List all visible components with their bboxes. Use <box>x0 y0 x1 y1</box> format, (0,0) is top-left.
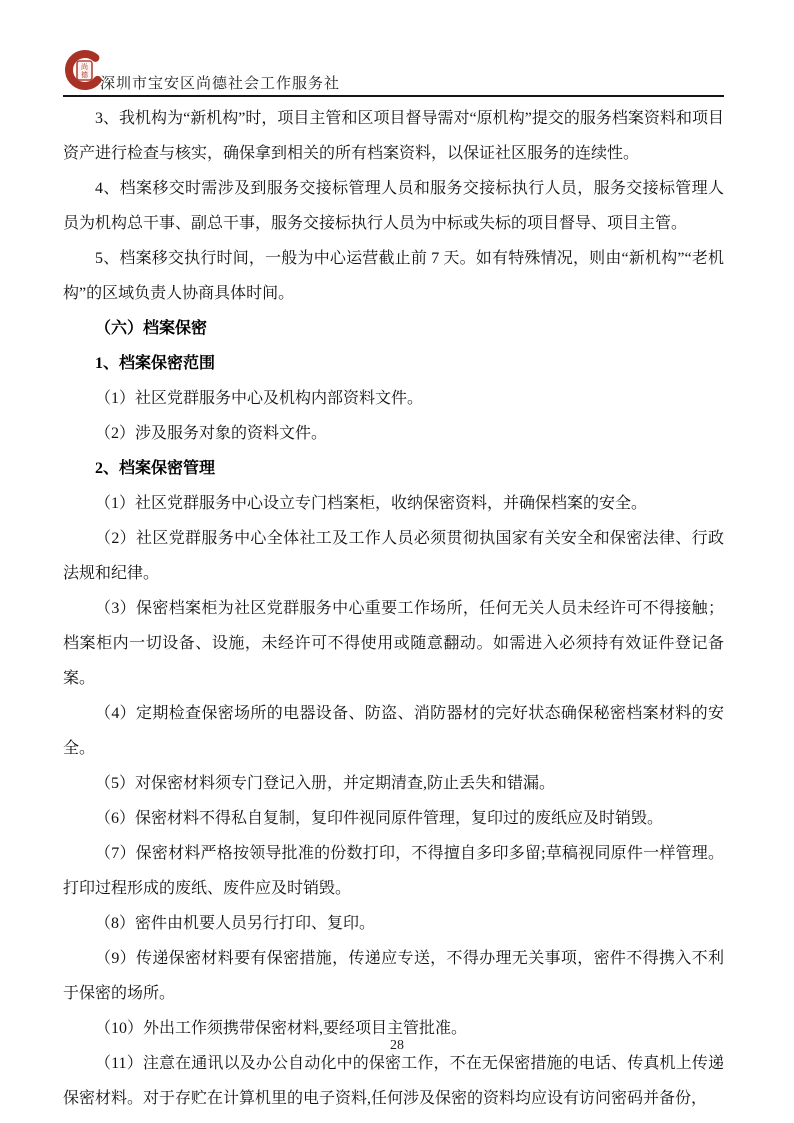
svg-text:尚: 尚 <box>81 62 88 71</box>
page-number: 28 <box>0 1038 794 1054</box>
management-item-2: （2）社区党群服务中心全体社工及工作人员必须贯彻执国家有关安全和保密法律、行政法… <box>63 521 724 591</box>
subheading-1-confidentiality-scope: 1、档案保密范围 <box>63 346 724 381</box>
doc-paragraph-5: 5、档案移交执行时间，一般为中心运营截止前 7 天。如有特殊情况，则由“新机构”… <box>63 241 724 311</box>
document-body: 3、我机构为“新机构”时，项目主管和区项目督导需对“原机构”提交的服务档案资料和… <box>63 101 724 1116</box>
scope-item-1: （1）社区党群服务中心及机构内部资料文件。 <box>63 381 724 416</box>
doc-paragraph-3: 3、我机构为“新机构”时，项目主管和区项目督导需对“原机构”提交的服务档案资料和… <box>63 101 724 171</box>
management-item-4: （4）定期检查保密场所的电器设备、防盗、消防器材的完好状态确保秘密档案材料的安全… <box>63 696 724 766</box>
scope-item-2: （2）涉及服务对象的资料文件。 <box>63 416 724 451</box>
management-item-5: （5）对保密材料须专门登记入册，并定期清查,防止丢失和错漏。 <box>63 766 724 801</box>
management-item-9: （9）传递保密材料要有保密措施，传递应专送，不得办理无关事项，密件不得携入不利于… <box>63 941 724 1011</box>
management-item-8: （8）密件由机要人员另行打印、复印。 <box>63 906 724 941</box>
management-item-3: （3）保密档案柜为社区党群服务中心重要工作场所，任何无关人员未经许可不得接触；档… <box>63 591 724 696</box>
header-divider <box>63 95 724 97</box>
document-page: 尚 德 深圳市宝安区尚德社会工作服务社 3、我机构为“新机构”时，项目主管和区项… <box>0 0 794 1123</box>
management-item-11: （11）注意在通讯以及办公自动化中的保密工作，不在无保密措施的电话、传真机上传递… <box>63 1046 724 1116</box>
svg-text:德: 德 <box>81 70 89 79</box>
management-item-6: （6）保密材料不得私自复制，复印件视同原件管理，复印过的废纸应及时销毁。 <box>63 801 724 836</box>
management-item-1: （1）社区党群服务中心设立专门档案柜，收纳保密资料，并确保档案的安全。 <box>63 486 724 521</box>
org-name: 深圳市宝安区尚德社会工作服务社 <box>100 72 340 93</box>
management-item-7: （7）保密材料严格按领导批准的份数打印，不得擅自多印多留;草稿视同原件一样管理。… <box>63 836 724 906</box>
subheading-2-confidentiality-management: 2、档案保密管理 <box>63 451 724 486</box>
section-heading-6-archive-confidentiality: （六）档案保密 <box>63 311 724 346</box>
doc-paragraph-4: 4、档案移交时需涉及到服务交接标管理人员和服务交接标执行人员，服务交接标管理人员… <box>63 171 724 241</box>
